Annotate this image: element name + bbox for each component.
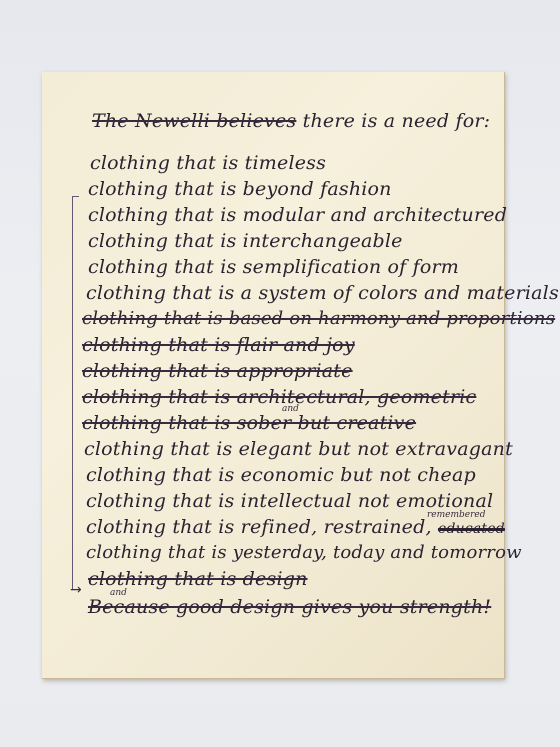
list-item: clothing that is intellectual not emotio… — [86, 490, 493, 512]
handwritten-page: → The Newelli believes there is a need f… — [42, 72, 505, 679]
heading-text: there is a need for: — [303, 110, 491, 132]
list-item: clothing that is a system of colors and … — [86, 282, 559, 304]
heading-struck-text: The Newelli believes — [92, 110, 296, 132]
arrow-icon: → — [70, 582, 82, 598]
list-item: clothing that is semplification of form — [88, 256, 459, 278]
list-item: clothing that is timeless — [90, 152, 326, 174]
list-item-struck: clothing that is flair and joy — [82, 334, 355, 356]
list-item: clothing that is modular and architectur… — [88, 204, 507, 226]
list-item: clothing that is economic but not cheap — [86, 464, 476, 486]
insertion-annotation: remembered — [427, 510, 486, 520]
list-item-text: clothing that is refined, restrained, — [86, 516, 432, 538]
heading-line: The Newelli believes there is a need for… — [92, 110, 490, 132]
list-item-struck: clothing that is appropriate — [82, 360, 353, 382]
list-item-struck: Because good design gives you strength! — [88, 596, 491, 618]
list-item-struck: clothing that is sober but creative — [82, 412, 416, 434]
list-item: clothing that is beyond fashion — [88, 178, 392, 200]
list-item-struck: clothing that is architectural, geometri… — [82, 386, 476, 408]
margin-bracket — [72, 196, 79, 590]
struck-word: educated — [438, 521, 505, 537]
list-item: clothing that is yesterday, today and to… — [86, 542, 522, 563]
list-item: clothing that is elegant but not extrava… — [84, 438, 513, 460]
list-item-struck: clothing that is design — [88, 568, 308, 590]
list-item-struck: clothing that is based on harmony and pr… — [82, 308, 555, 329]
list-item: clothing that is interchangeable — [88, 230, 403, 252]
